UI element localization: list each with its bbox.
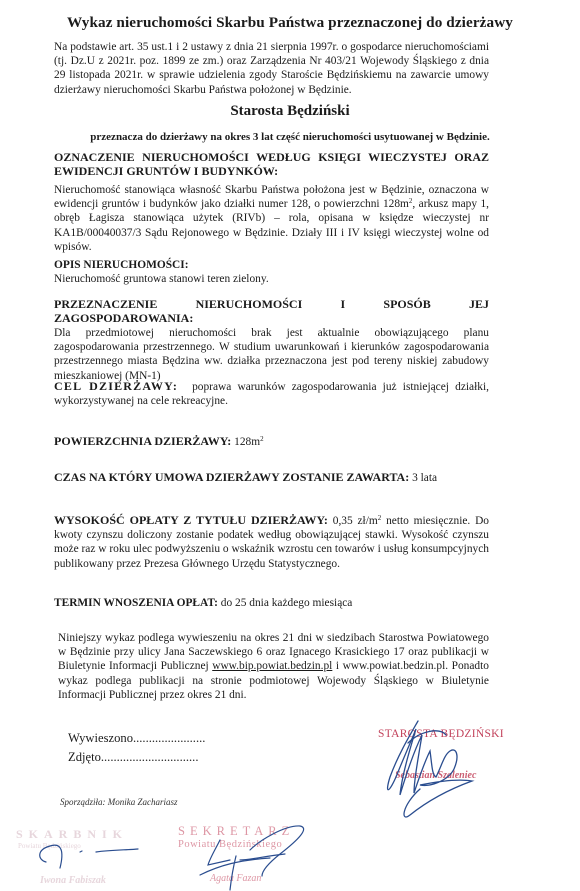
description-text: Nieruchomość gruntowa stanowi teren ziel… <box>54 272 489 286</box>
lease-area-heading: POWIERZCHNIA DZIERŻAWY: <box>54 434 231 448</box>
zoning-heading: PRZEZNACZENIE NIERUCHOMOŚCI I SPOSÓB JEJ… <box>54 297 489 325</box>
payment-deadline-heading: TERMIN WNOSZENIA OPŁAT: <box>54 597 218 609</box>
fee-value-a: 0,35 zł/m <box>333 515 378 527</box>
payment-deadline-value: do 25 dnia każdego miesiąca <box>221 597 353 609</box>
lease-area-block: POWIERZCHNIA DZIERŻAWY: 128m2 <box>54 434 489 449</box>
designation-text: Nieruchomość stanowiąca własność Skarbu … <box>54 183 489 254</box>
designation-heading-text: OZNACZENIE NIERUCHOMOŚCI WEDŁUG KSIĘGI W… <box>54 150 489 178</box>
publication-paragraph: Niniejszy wykaz podlega wywieszeniu na o… <box>58 631 489 702</box>
intro-paragraph: Na podstawie art. 35 ust.1 i 2 ustawy z … <box>54 40 489 97</box>
purpose-line: przeznacza do dzierżawy na okres 3 lat c… <box>0 131 580 143</box>
lease-area-sup: 2 <box>260 435 264 443</box>
designation-heading: OZNACZENIE NIERUCHOMOŚCI WEDŁUG KSIĘGI W… <box>54 150 489 178</box>
secretary-signature-icon <box>190 820 320 891</box>
starosta-signature-icon <box>380 715 510 825</box>
posted-field: Wywieszono....................... <box>68 731 205 746</box>
lease-area-value: 128m <box>234 436 260 448</box>
lease-purpose-block: CEL DZIERŻAWY:poprawa warunków zagospoda… <box>54 379 489 408</box>
description-heading: OPIS NIERUCHOMOŚCI: <box>54 258 489 272</box>
lease-term-value: 3 lata <box>412 472 437 484</box>
document-title: Wykaz nieruchomości Skarbu Państwa przez… <box>0 14 580 32</box>
lease-purpose-heading: CEL DZIERŻAWY: <box>54 379 178 393</box>
authority-heading: Starosta Będziński <box>0 103 580 120</box>
lease-term-block: CZAS NA KTÓRY UMOWA DZIERŻAWY ZOSTANIE Z… <box>54 470 489 485</box>
fee-heading: WYSOKOŚĆ OPŁATY Z TYTUŁU DZIERŻAWY: <box>54 513 328 527</box>
prepared-by: Sporządziła: Monika Zachariasz <box>60 797 178 807</box>
payment-deadline-block: TERMIN WNOSZENIA OPŁAT: do 25 dnia każde… <box>54 596 489 610</box>
fee-block: WYSOKOŚĆ OPŁATY Z TYTUŁU DZIERŻAWY: 0,35… <box>54 513 489 571</box>
lease-term-heading: CZAS NA KTÓRY UMOWA DZIERŻAWY ZOSTANIE Z… <box>54 470 409 484</box>
removed-field: Zdjęto............................... <box>68 750 198 765</box>
left-signature-icon <box>30 840 140 880</box>
zoning-text: Dla przedmiotowej nieruchomości brak jes… <box>54 326 489 383</box>
bip-link[interactable]: www.bip.powiat.bedzin.pl <box>212 660 332 672</box>
